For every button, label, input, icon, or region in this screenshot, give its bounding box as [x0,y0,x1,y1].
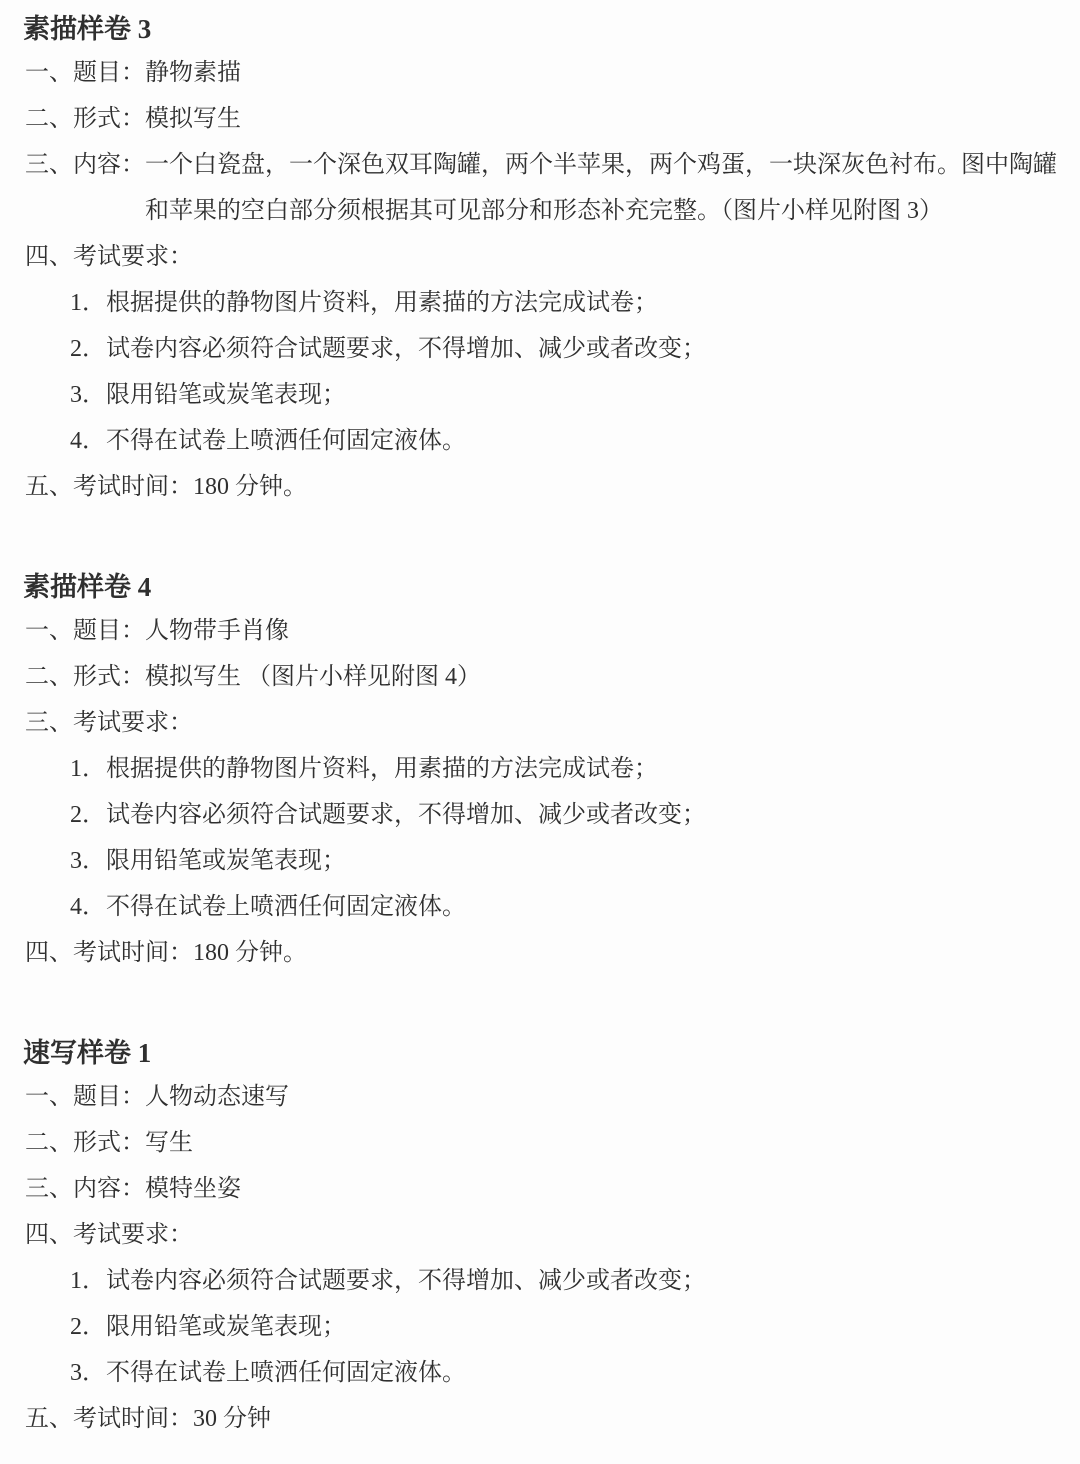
exam-section: 素描样卷 4一、题目：人物带手肖像二、形式：模拟写生 （图片小样见附图 4）三、… [0,566,1080,976]
list-item: 一、题目：人物带手肖像 [0,608,1080,654]
list-item: 一、题目：静物素描 [0,50,1080,96]
numbered-requirement: 2．试卷内容必须符合试题要求，不得增加、减少或者改变； [0,792,1080,838]
sections-container: 素描样卷 3一、题目：静物素描二、形式：模拟写生三、内容：一个白瓷盘，一个深色双… [0,8,1080,1442]
numbered-requirement: 1．根据提供的静物图片资料，用素描的方法完成试卷； [0,746,1080,792]
numbered-requirement: 1．试卷内容必须符合试题要求，不得增加、减少或者改变； [0,1258,1080,1304]
list-item: 四、考试要求： [0,1212,1080,1258]
list-item: 五、考试时间：30 分钟 [0,1396,1080,1442]
numbered-requirement: 2．试卷内容必须符合试题要求，不得增加、减少或者改变； [0,326,1080,372]
list-item: 三、内容：一个白瓷盘，一个深色双耳陶罐，两个半苹果，两个鸡蛋，一块深灰色衬布。图… [0,142,1080,188]
section-title: 速写样卷 1 [0,1032,1080,1074]
exam-section: 速写样卷 1一、题目：人物动态速写二、形式：写生三、内容：模特坐姿四、考试要求：… [0,1032,1080,1442]
exam-section: 素描样卷 3一、题目：静物素描二、形式：模拟写生三、内容：一个白瓷盘，一个深色双… [0,8,1080,510]
list-item: 四、考试要求： [0,234,1080,280]
list-item: 四、考试时间：180 分钟。 [0,930,1080,976]
list-item: 五、考试时间：180 分钟。 [0,464,1080,510]
numbered-requirement: 2．限用铅笔或炭笔表现； [0,1304,1080,1350]
list-item: 三、内容：模特坐姿 [0,1166,1080,1212]
numbered-requirement: 4．不得在试卷上喷洒任何固定液体。 [0,418,1080,464]
numbered-requirement: 3．限用铅笔或炭笔表现； [0,838,1080,884]
document-page: 素描样卷 3一、题目：静物素描二、形式：模拟写生三、内容：一个白瓷盘，一个深色双… [0,0,1080,1464]
list-item: 一、题目：人物动态速写 [0,1074,1080,1120]
list-item: 二、形式：模拟写生 （图片小样见附图 4） [0,654,1080,700]
continuation-line: 和苹果的空白部分须根据其可见部分和形态补充完整。（图片小样见附图 3） [0,188,1080,234]
section-title: 素描样卷 3 [0,8,1080,50]
numbered-requirement: 4．不得在试卷上喷洒任何固定液体。 [0,884,1080,930]
numbered-requirement: 1．根据提供的静物图片资料，用素描的方法完成试卷； [0,280,1080,326]
list-item: 二、形式：写生 [0,1120,1080,1166]
numbered-requirement: 3．不得在试卷上喷洒任何固定液体。 [0,1350,1080,1396]
list-item: 二、形式：模拟写生 [0,96,1080,142]
section-title: 素描样卷 4 [0,566,1080,608]
list-item: 三、考试要求： [0,700,1080,746]
numbered-requirement: 3．限用铅笔或炭笔表现； [0,372,1080,418]
